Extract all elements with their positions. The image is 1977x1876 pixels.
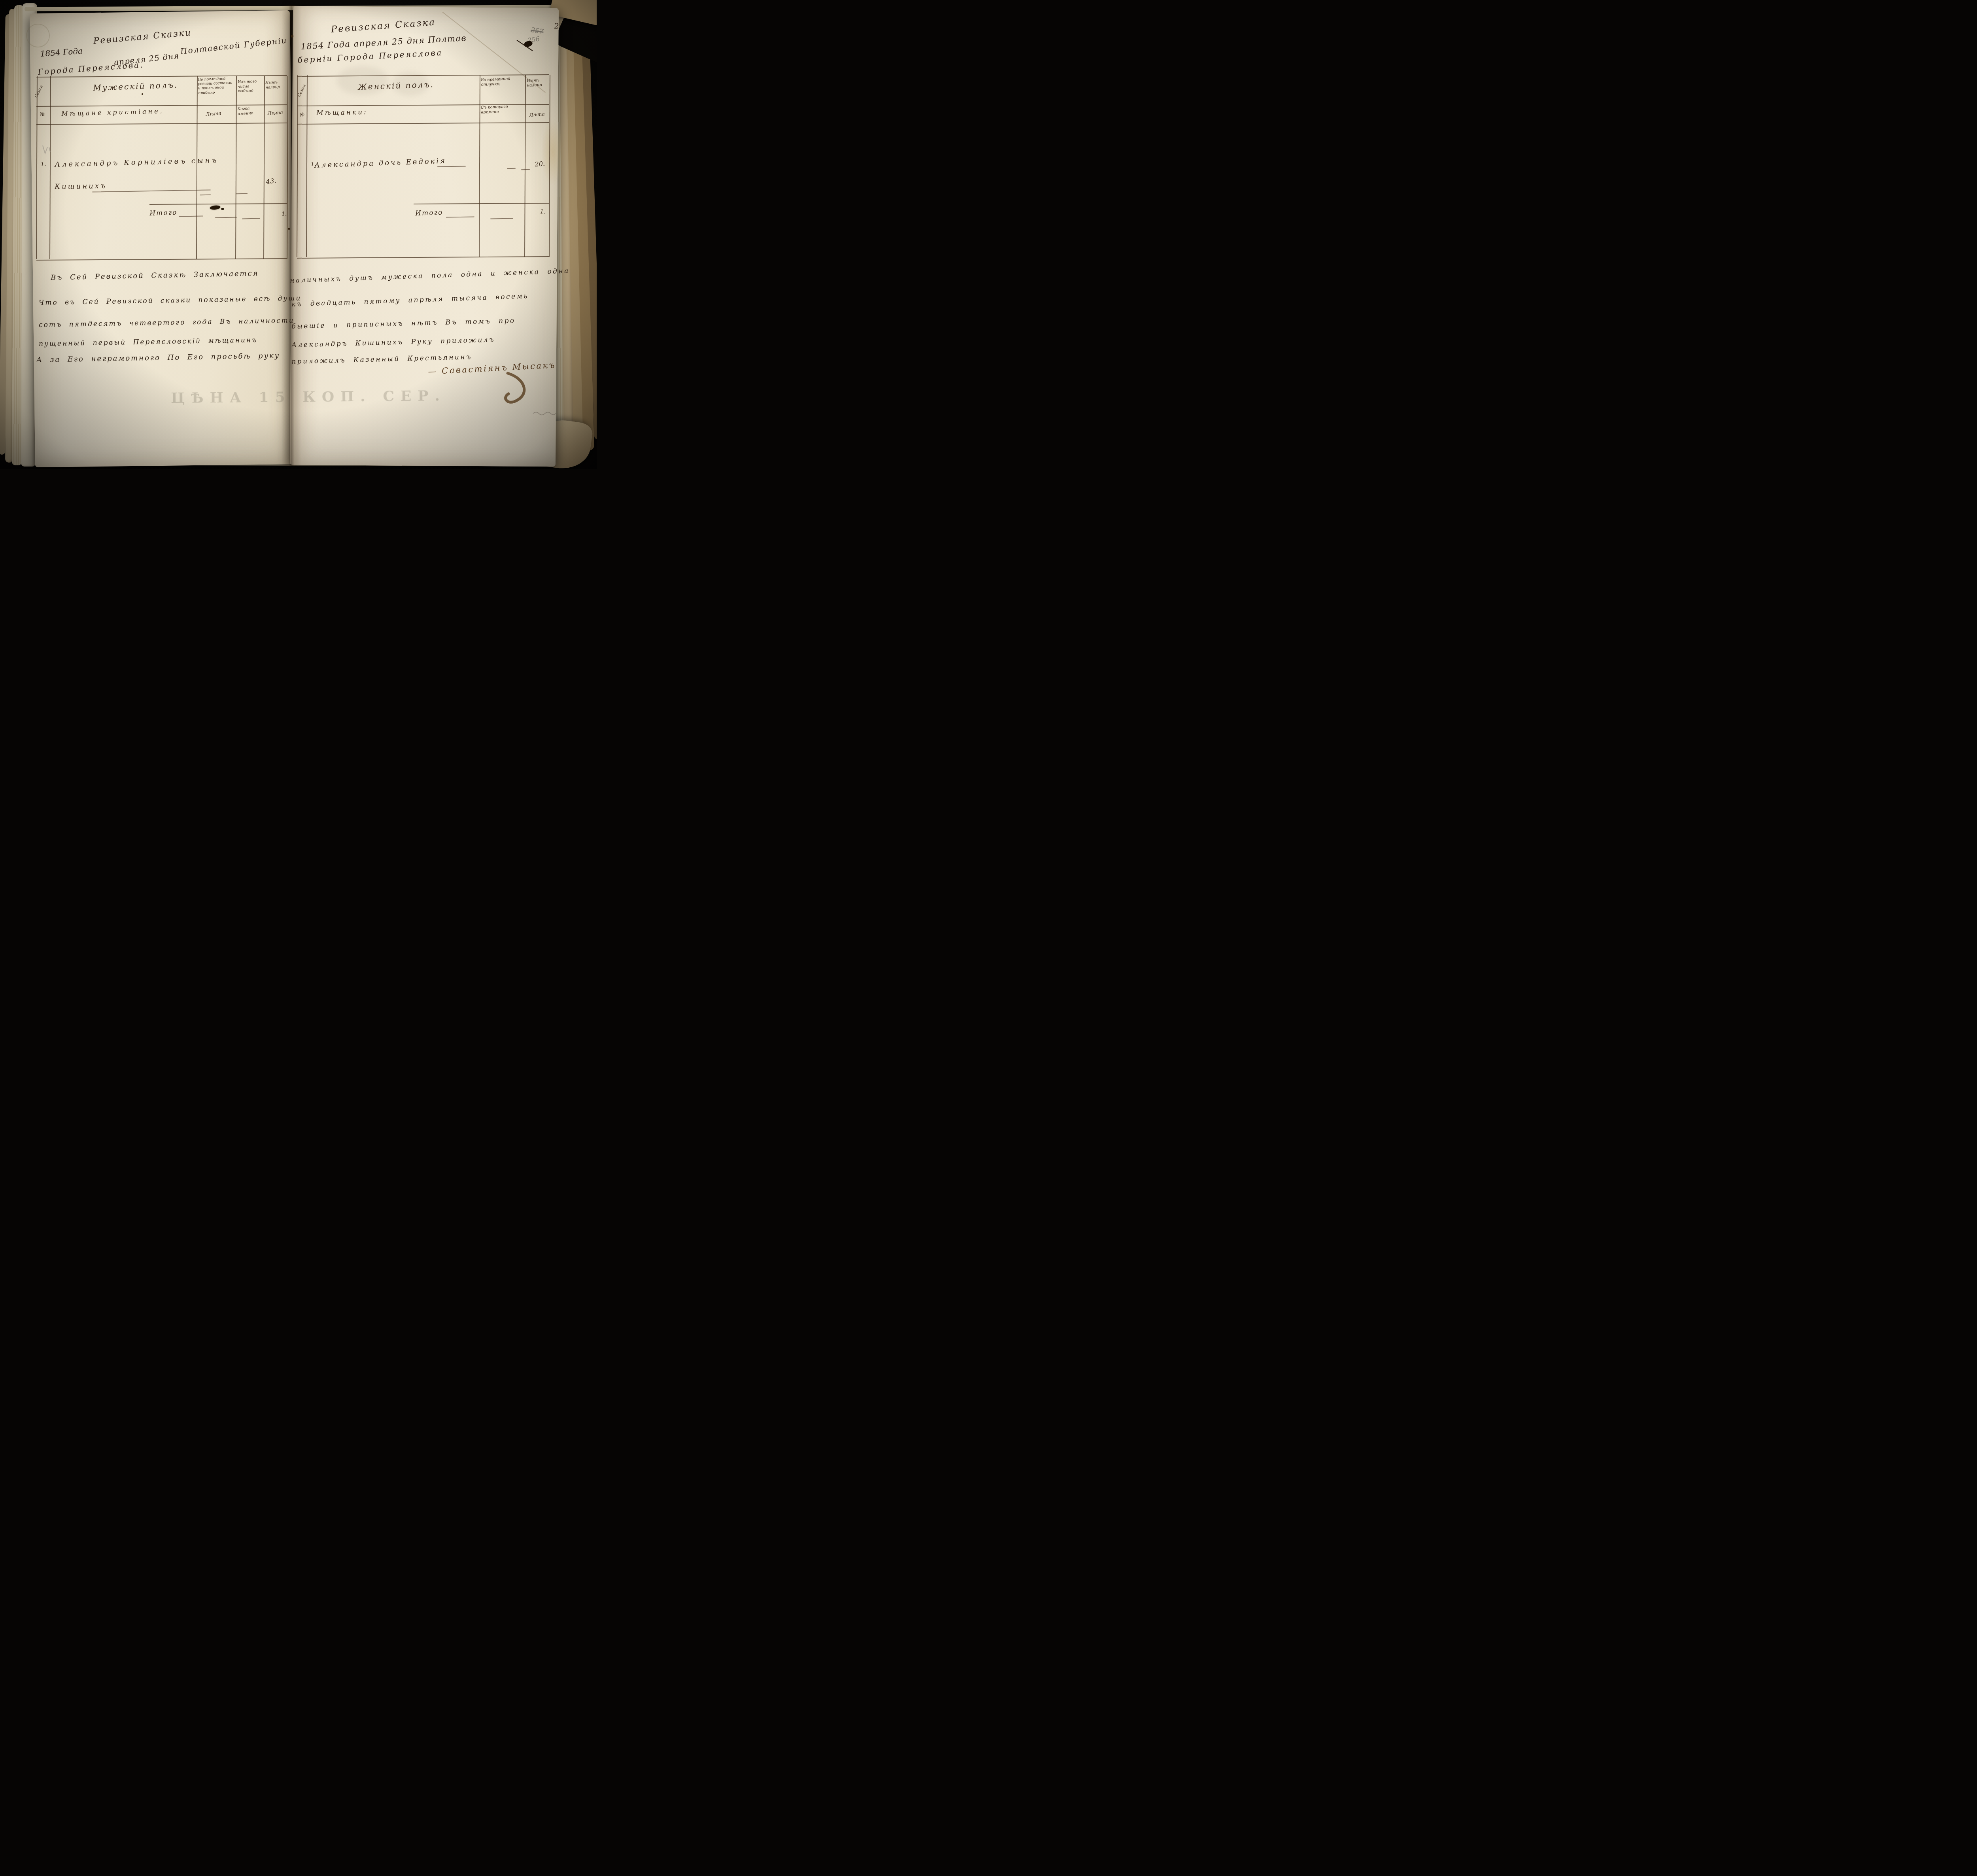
ink-speck [288, 228, 290, 230]
right-col-number: № [299, 111, 305, 118]
left-subheader-age: Лѣта [206, 110, 221, 117]
right-col-temporary-absence: Во временной отлучкѣ [481, 76, 523, 87]
left-col-now-present: Нынѣ налицо [265, 80, 286, 90]
left-col-departed: Изъ того числа выбыло [238, 79, 263, 94]
right-subheader-since: Съ котораго времени [481, 104, 521, 115]
left-col-previous-revision: По послѣдней ревизіи состояло и послѣ он… [198, 76, 235, 95]
right-total-label: Итого [415, 209, 443, 217]
scanned-book-photo: 257 256 2 Ревизская Сказки 1854 Года апр… [0, 0, 597, 469]
ink-speck [142, 93, 143, 95]
folio-number-ink: 2 [554, 22, 559, 31]
ink-blot [221, 208, 224, 210]
paper-stain [541, 119, 565, 186]
right-subheader-age: Лѣта [529, 111, 545, 118]
ink-speck [291, 35, 293, 38]
show-through-price-text: ЦѢНА 15 КОП. СЕР. [171, 387, 446, 406]
left-total-label: Итого [149, 209, 178, 217]
right-subheader-category: Мѣщанки: [316, 108, 368, 117]
right-total-value: 1. [540, 209, 545, 215]
left-subheader-age2: Лѣта [267, 110, 283, 116]
left-col-number: № [40, 111, 45, 118]
left-total-value: 1. [282, 211, 287, 217]
left-row-name-line2: Кишинихъ [55, 182, 107, 191]
embossed-stamp-ghost [26, 24, 50, 47]
left-subheader-when: Когда именно [237, 106, 261, 117]
left-row-number: 1. [41, 161, 46, 168]
left-row-age: 43. [266, 177, 276, 185]
right-row-age: 20. [535, 160, 545, 168]
right-col-now-present: Нынѣ налицо [527, 78, 549, 88]
